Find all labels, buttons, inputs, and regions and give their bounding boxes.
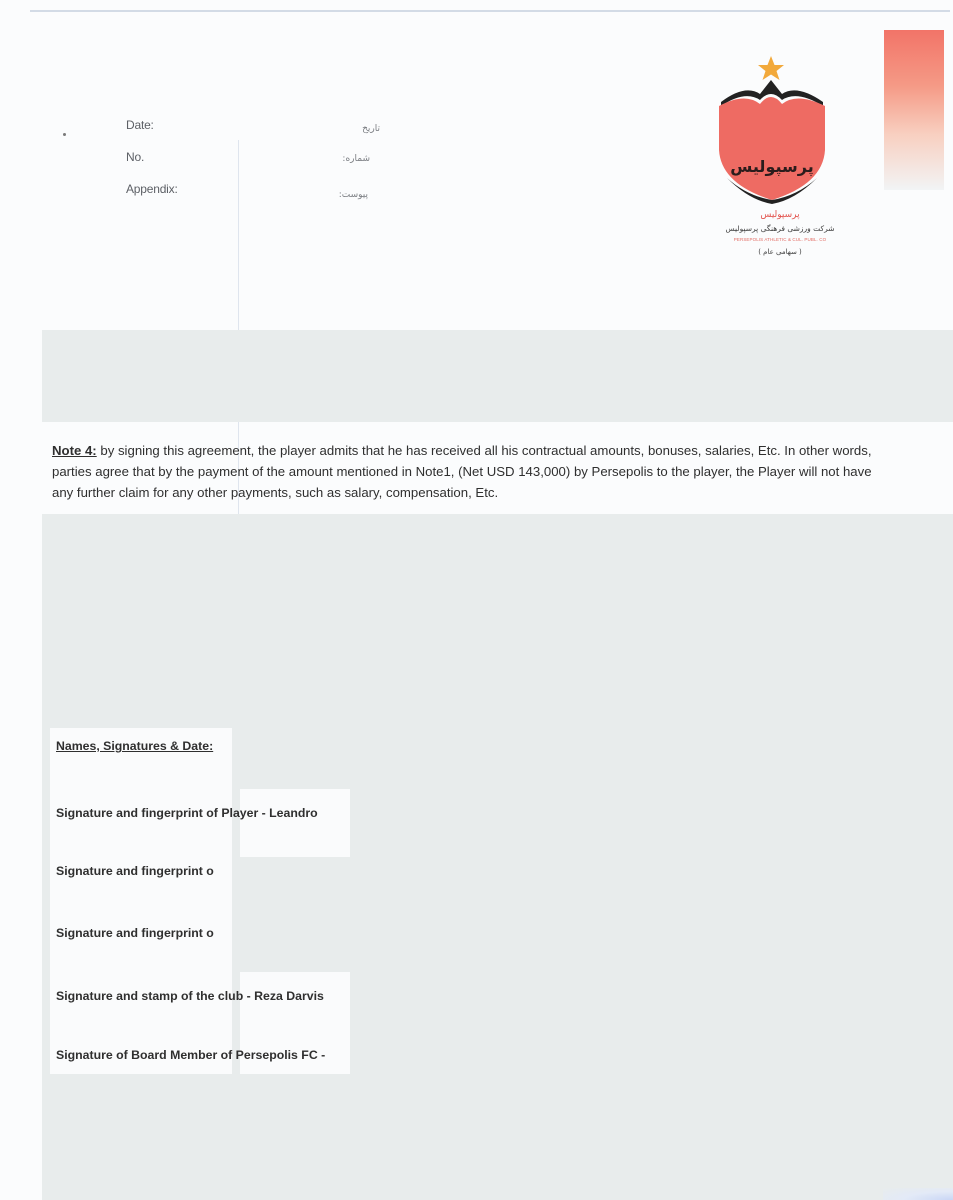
signature-name-box xyxy=(240,789,350,857)
appendix-label: Appendix: xyxy=(126,182,178,196)
signatures-heading: Names, Signatures & Date: xyxy=(56,739,213,753)
note-4-label: Note 4: xyxy=(52,443,97,458)
logo-company-type-fa: ( سهامی عام ) xyxy=(705,248,855,256)
date-label: Date: xyxy=(126,118,154,132)
logo-company-en: PERSEPOLIS ATHLETIC & CUL. PUBL. CO xyxy=(705,237,855,242)
scan-speck xyxy=(63,133,66,136)
note-4-text: by signing this agreement, the player ad… xyxy=(52,443,872,500)
appendix-label-fa: پیوست: xyxy=(320,190,368,200)
logo-company-fa: شرکت ورزشی فرهنگی پرسپولیس xyxy=(705,224,855,233)
signature-line-2: Signature and fingerprint o xyxy=(56,864,234,878)
note-4-paragraph: Note 4: by signing this agreement, the p… xyxy=(52,440,882,503)
signature-line-3: Signature and fingerprint o xyxy=(56,926,234,940)
signature-line-board: Signature of Board Member of Persepolis … xyxy=(56,1048,325,1062)
redacted-paragraph xyxy=(42,330,953,422)
signature-line-player: Signature and fingerprint of Player - Le… xyxy=(56,806,318,820)
corner-glow xyxy=(883,1188,953,1200)
red-edge-strip xyxy=(884,30,944,190)
top-rule xyxy=(30,10,950,12)
signature-line-club: Signature and stamp of the club - Reza D… xyxy=(56,989,324,1003)
logo-name-fa: پرسپولیس xyxy=(705,210,855,220)
svg-text:پرسپولیس: پرسپولیس xyxy=(730,157,813,177)
club-logo: پرسپولیس پرسپولیس شرکت ورزشی فرهنگی پرسپ… xyxy=(705,50,855,280)
shield-icon: پرسپولیس xyxy=(705,50,855,210)
scanned-document-page: Date: No. Appendix: تاریخ شماره: پیوست: … xyxy=(0,0,953,1200)
date-label-fa: تاریخ xyxy=(320,124,380,134)
number-label: No. xyxy=(126,150,144,164)
signature-label-column xyxy=(50,728,232,1074)
number-label-fa: شماره: xyxy=(320,154,370,164)
star-icon xyxy=(758,56,784,80)
